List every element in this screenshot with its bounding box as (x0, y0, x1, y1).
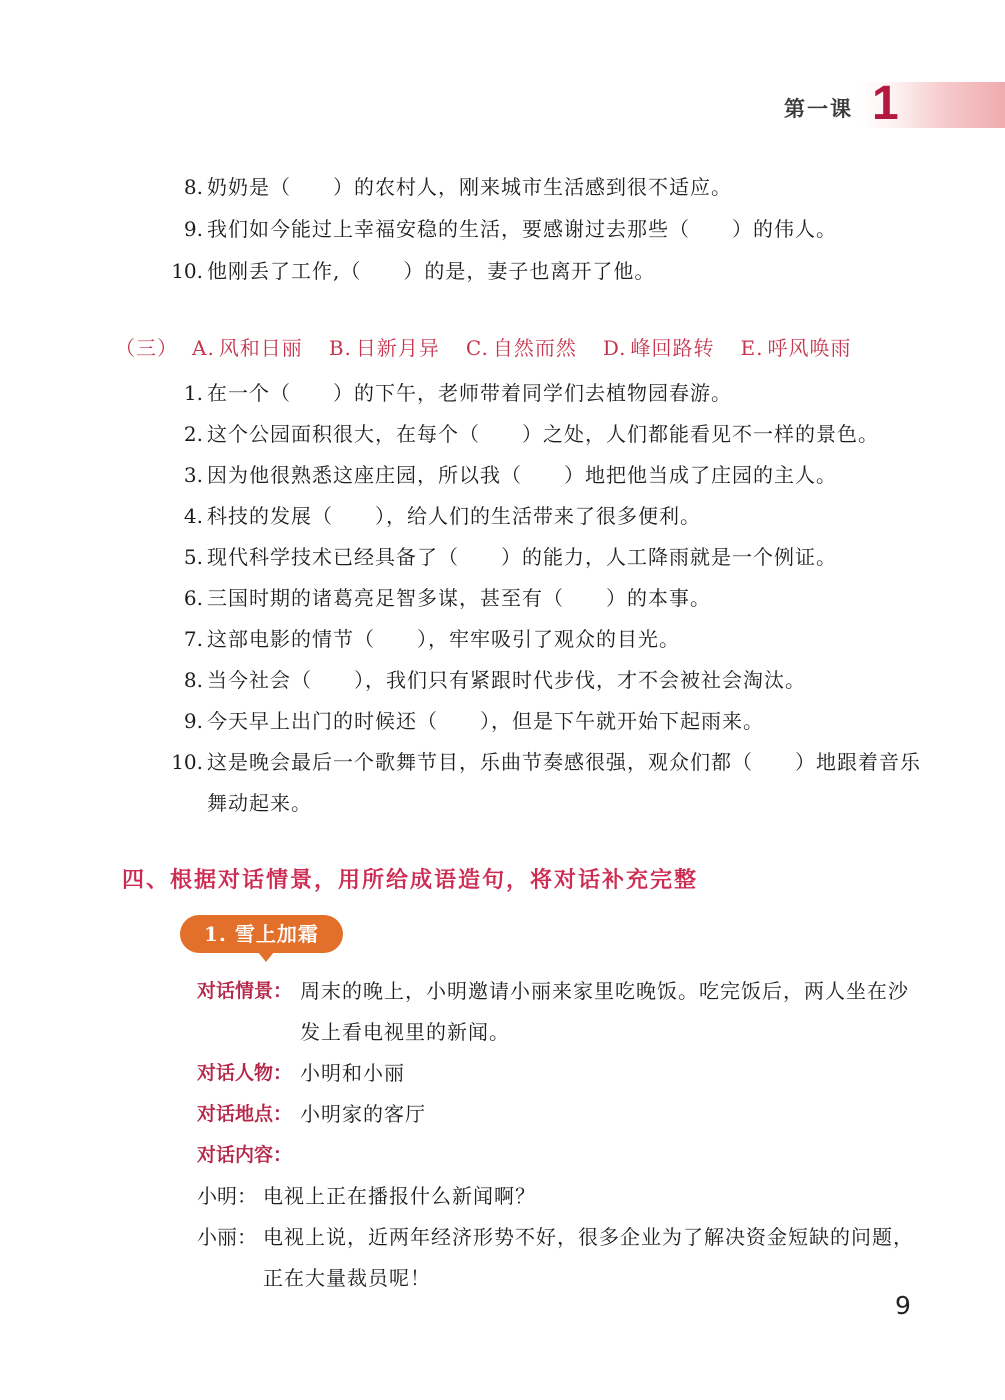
dialog-line-text: 电视上正在播报什么新闻啊？ (263, 1176, 536, 1217)
idiom-badge: 1. 雪上加霜 (180, 915, 343, 953)
question-number: 8. (170, 660, 207, 701)
dialog-block: 对话情景： 周末的晚上，小明邀请小丽来家里吃晚饭。吃完饭后，两人坐在沙发上看电视… (197, 971, 977, 1299)
question-number: 5. (170, 537, 207, 578)
lesson-number: 1 (872, 76, 899, 132)
question-number: 7. (170, 619, 207, 660)
dialog-speaker: 小丽： (197, 1217, 257, 1258)
dialog-speaker: 小明： (197, 1176, 257, 1217)
question-item: 6.三国时期的诸葛亮足智多谋，甚至有（ ）的本事。 (170, 578, 950, 619)
question-item: 3.因为他很熟悉这座庄园，所以我（ ）地把他当成了庄园的主人。 (170, 455, 950, 496)
question-item: 1.在一个（ ）的下午，老师带着同学们去植物园春游。 (170, 373, 950, 414)
question-text: 我们如今能过上幸福安稳的生活，要感谢过去那些（ ）的伟人。 (207, 208, 907, 250)
dialog-place-row: 对话地点： 小明家的客厅 (197, 1094, 977, 1135)
question-item: 9. 我们如今能过上幸福安稳的生活，要感谢过去那些（ ）的伟人。 (170, 208, 930, 250)
question-item: 2.这个公园面积很大，在每个（ ）之处，人们都能看见不一样的景色。 (170, 414, 950, 455)
question-number: 6. (170, 578, 207, 619)
option-text: 日新月异 (356, 336, 440, 360)
question-text: 现代科学技术已经具备了（ ）的能力，人工降雨就是一个例证。 (207, 537, 935, 578)
option-text: 自然而然 (493, 336, 577, 360)
dialog-scene-row: 对话情景： 周末的晚上，小明邀请小丽来家里吃晚饭。吃完饭后，两人坐在沙发上看电视… (197, 971, 977, 1053)
idiom-badge-label: 1. 雪上加霜 (204, 922, 319, 946)
dialog-people-text: 小明和小丽 (300, 1053, 405, 1094)
dialog-place-label: 对话地点： (197, 1094, 293, 1135)
question-number: 2. (170, 414, 207, 455)
question-item: 9.今天早上出门的时候还（ ），但是下午就开始下起雨来。 (170, 701, 950, 742)
question-number: 8. (170, 166, 207, 208)
question-number: 9. (170, 208, 207, 250)
question-number: 3. (170, 455, 207, 496)
dialog-content-row: 对话内容： (197, 1135, 977, 1176)
section-four-heading: 四、根据对话情景，用所给成语造句，将对话补充完整 (122, 863, 698, 894)
dialog-scene-text: 周末的晚上，小明邀请小丽来家里吃晚饭。吃完饭后，两人坐在沙发上看电视里的新闻。 (300, 971, 915, 1053)
lesson-label: 第一课 (784, 93, 853, 123)
question-text: 今天早上出门的时候还（ ），但是下午就开始下起雨来。 (207, 701, 935, 742)
subsection-label: （三） (115, 334, 178, 362)
question-item: 5.现代科学技术已经具备了（ ）的能力，人工降雨就是一个例证。 (170, 537, 950, 578)
question-item: 4.科技的发展（ ），给人们的生活带来了很多便利。 (170, 496, 950, 537)
option-text: 峰回路转 (631, 336, 715, 360)
lesson-number-band: 1 (858, 82, 1005, 128)
previous-section-questions: 8. 奶奶是（ ）的农村人，刚来城市生活感到很不适应。 9. 我们如今能过上幸福… (170, 166, 930, 292)
dialog-scene-label: 对话情景： (197, 971, 293, 1012)
speech-bubble-tail-icon (258, 952, 274, 962)
question-number: 10. (170, 742, 207, 783)
dialog-line-text: 电视上说，近两年经济形势不好，很多企业为了解决资金短缺的问题，正在大量裁员呢！ (263, 1217, 923, 1299)
question-number: 10. (170, 250, 207, 292)
option-text: 呼风唤雨 (767, 336, 851, 360)
question-text: 三国时期的诸葛亮足智多谋，甚至有（ ）的本事。 (207, 578, 935, 619)
option-d: D.峰回路转 (603, 334, 715, 362)
option-a: A.风和日丽 (192, 334, 303, 362)
question-number: 9. (170, 701, 207, 742)
question-item: 10. 他刚丢了工作,（ ）的是，妻子也离开了他。 (170, 250, 930, 292)
option-key: B. (329, 336, 352, 360)
word-bank-row: （三） A.风和日丽 B.日新月异 C.自然而然 D.峰回路转 E.呼风唤雨 (115, 334, 877, 362)
question-text: 当今社会（ ），我们只有紧跟时代步伐，才不会被社会淘汰。 (207, 660, 935, 701)
dialog-line: 小明： 电视上正在播报什么新闻啊？ (197, 1176, 977, 1217)
option-key: A. (192, 336, 215, 360)
question-text: 在一个（ ）的下午，老师带着同学们去植物园春游。 (207, 373, 935, 414)
workbook-page: 第一课 1 8. 奶奶是（ ）的农村人，刚来城市生活感到很不适应。 9. 我们如… (0, 0, 1005, 1400)
option-key: D. (603, 336, 627, 360)
dialog-place-text: 小明家的客厅 (300, 1094, 426, 1135)
part-three-questions: 1.在一个（ ）的下午，老师带着同学们去植物园春游。 2.这个公园面积很大，在每… (170, 373, 950, 824)
dialog-people-label: 对话人物： (197, 1053, 293, 1094)
dialog-line: 小丽： 电视上说，近两年经济形势不好，很多企业为了解决资金短缺的问题，正在大量裁… (197, 1217, 977, 1299)
question-item: 7.这部电影的情节（ ），牢牢吸引了观众的目光。 (170, 619, 950, 660)
question-text: 这是晚会最后一个歌舞节目，乐曲节奏感很强，观众们都（ ）地跟着音乐舞动起来。 (207, 742, 935, 824)
question-text: 因为他很熟悉这座庄园，所以我（ ）地把他当成了庄园的主人。 (207, 455, 935, 496)
question-text: 这部电影的情节（ ），牢牢吸引了观众的目光。 (207, 619, 935, 660)
question-item: 8. 奶奶是（ ）的农村人，刚来城市生活感到很不适应。 (170, 166, 930, 208)
question-number: 4. (170, 496, 207, 537)
option-b: B.日新月异 (329, 334, 440, 362)
question-number: 1. (170, 373, 207, 414)
dialog-people-row: 对话人物： 小明和小丽 (197, 1053, 977, 1094)
question-item: 10.这是晚会最后一个歌舞节目，乐曲节奏感很强，观众们都（ ）地跟着音乐舞动起来… (170, 742, 950, 824)
question-text: 他刚丢了工作,（ ）的是，妻子也离开了他。 (207, 250, 907, 292)
page-number: 9 (895, 1291, 911, 1320)
option-key: C. (466, 336, 489, 360)
question-text: 这个公园面积很大，在每个（ ）之处，人们都能看见不一样的景色。 (207, 414, 935, 455)
option-text: 风和日丽 (219, 336, 303, 360)
question-item: 8.当今社会（ ），我们只有紧跟时代步伐，才不会被社会淘汰。 (170, 660, 950, 701)
question-text: 科技的发展（ ），给人们的生活带来了很多便利。 (207, 496, 935, 537)
option-e: E.呼风唤雨 (741, 334, 852, 362)
option-c: C.自然而然 (466, 334, 577, 362)
dialog-content-label: 对话内容： (197, 1135, 293, 1176)
question-text: 奶奶是（ ）的农村人，刚来城市生活感到很不适应。 (207, 166, 907, 208)
option-key: E. (741, 336, 764, 360)
